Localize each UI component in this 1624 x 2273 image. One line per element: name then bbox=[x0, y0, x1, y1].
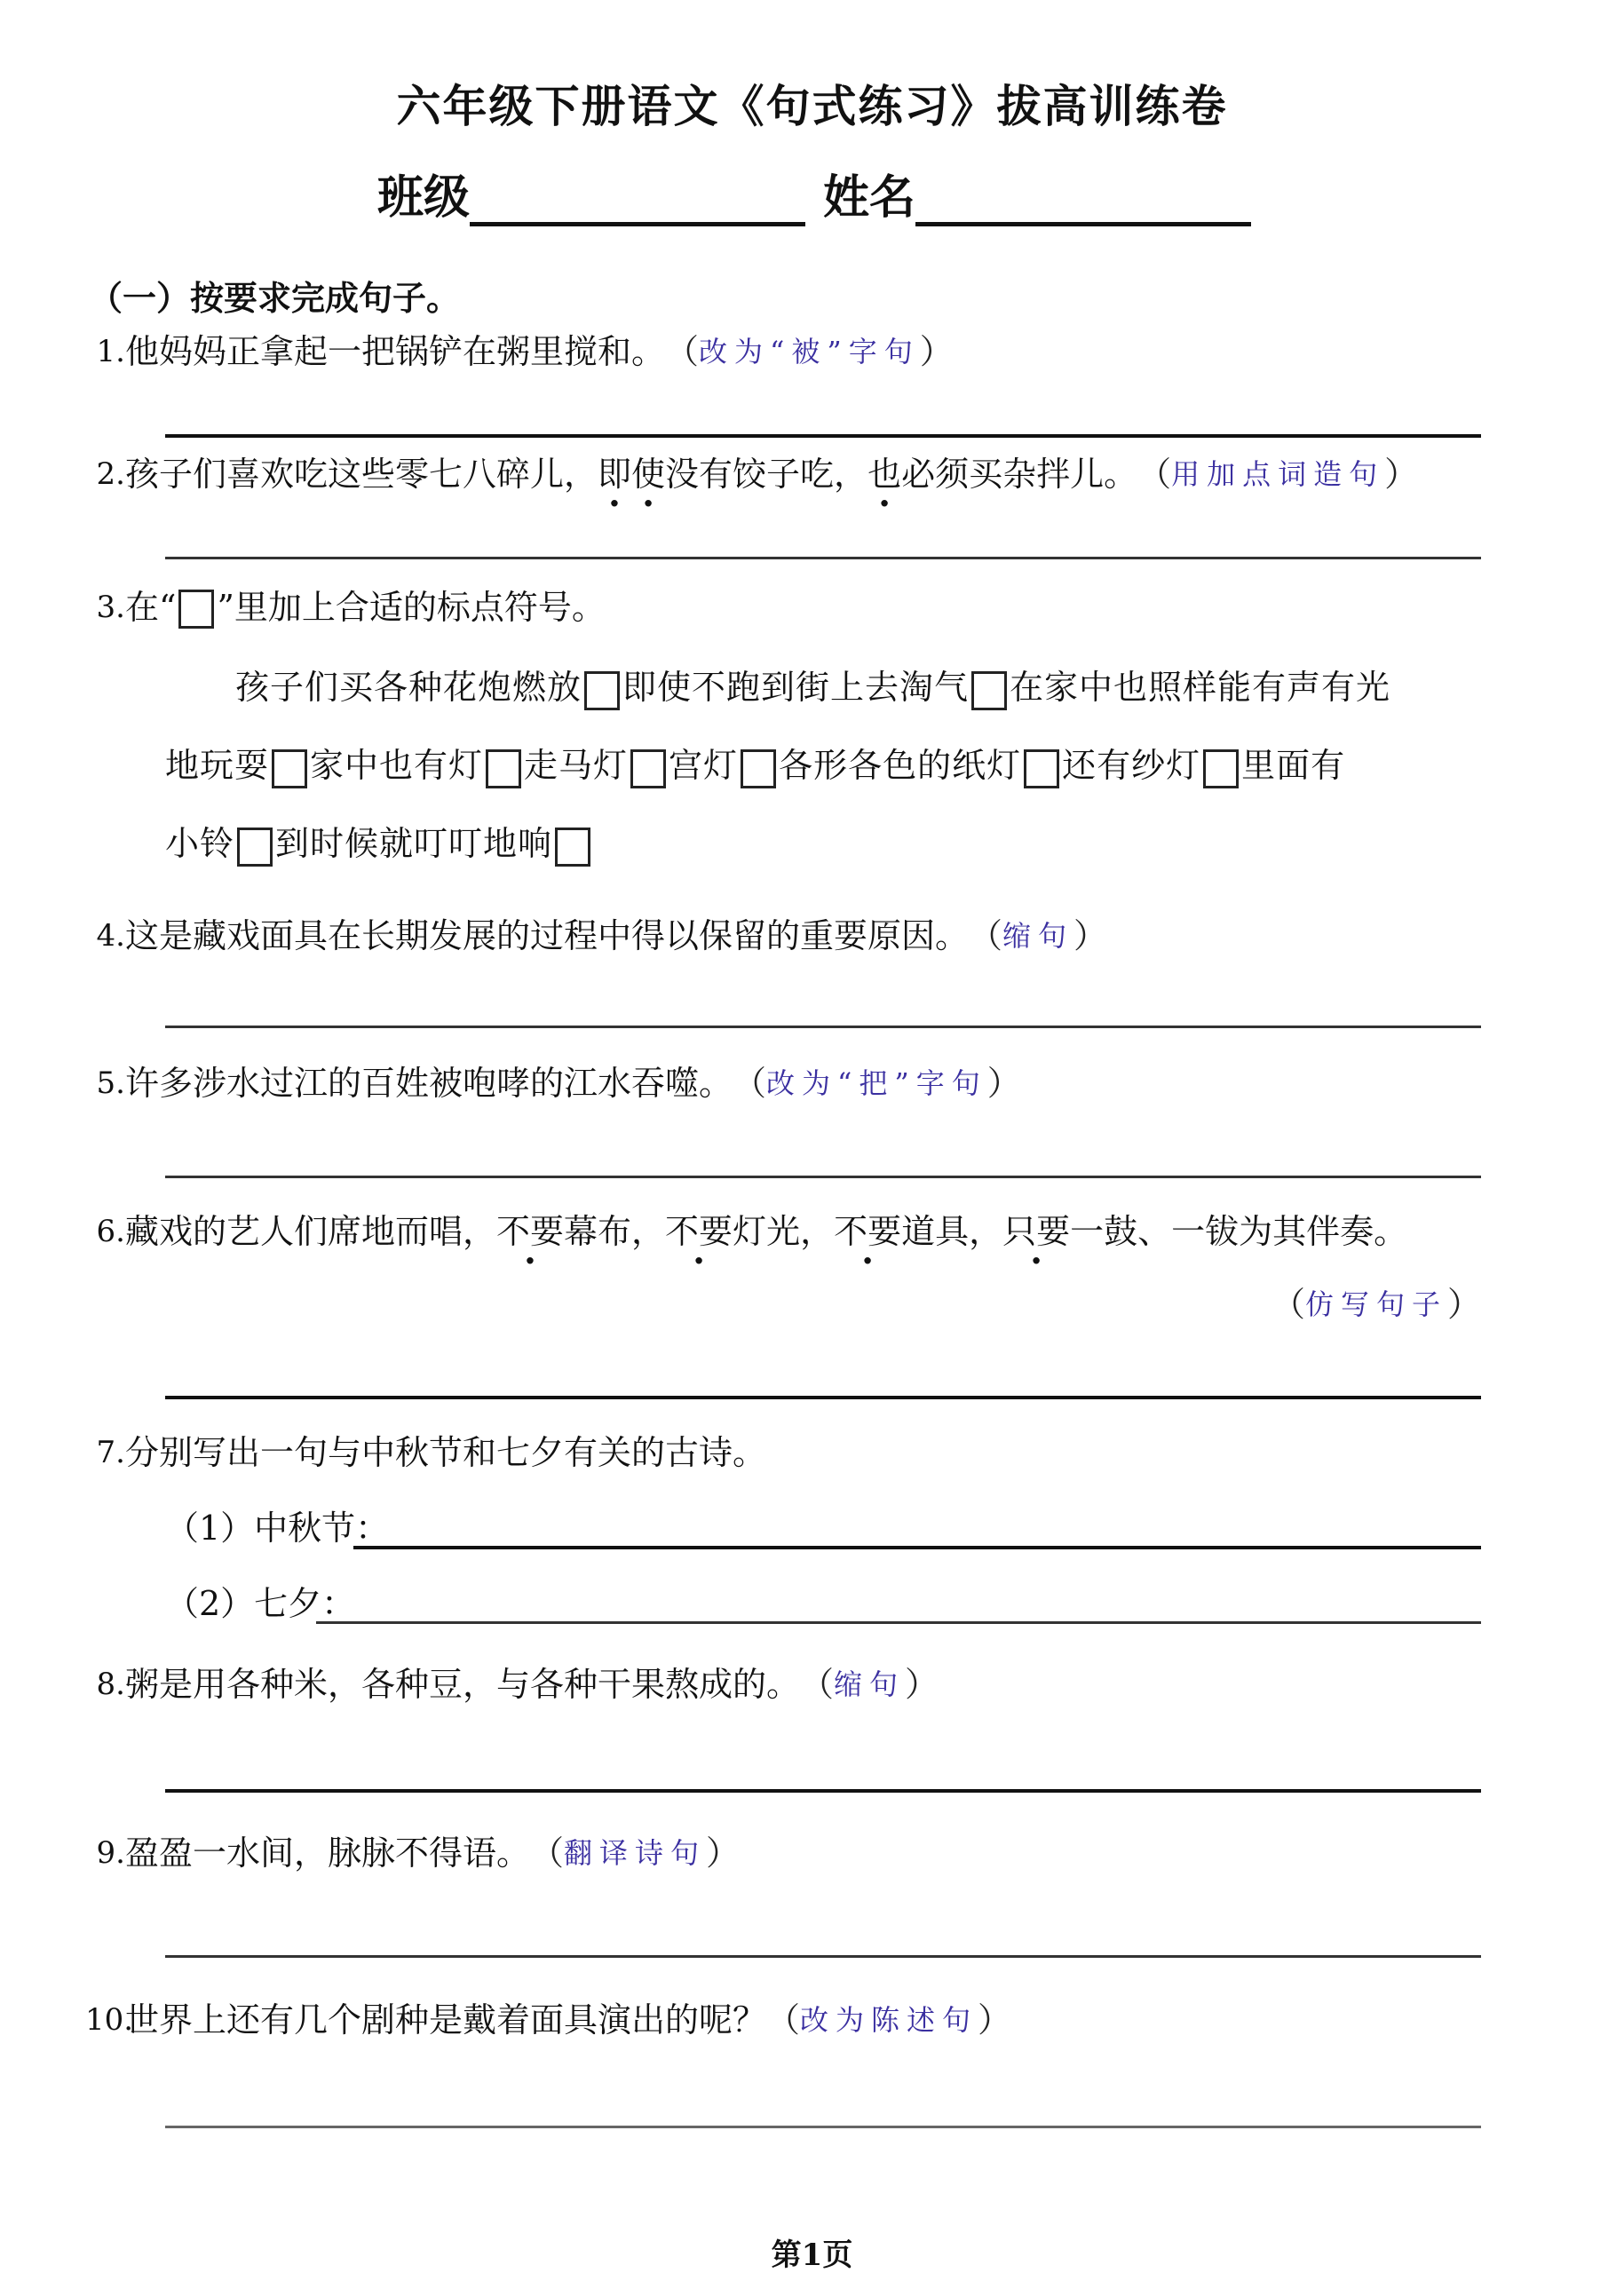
punctuation-box[interactable] bbox=[486, 749, 521, 788]
answer-line-2[interactable] bbox=[165, 557, 1481, 559]
punctuation-box[interactable] bbox=[237, 828, 273, 867]
question-text: 盈盈一水间，脉脉不得语。 bbox=[125, 1832, 530, 1874]
question-text: 他妈妈正拿起一把锅铲在粥里搅和。 bbox=[125, 330, 665, 373]
answer-line-8[interactable] bbox=[165, 1789, 1481, 1793]
question-7-sub-1: （1）中秋节： bbox=[165, 1507, 389, 1549]
punctuation-box[interactable] bbox=[584, 671, 620, 710]
question-8: 8. 粥是用各种米，各种豆，与各种干果熬成的。 （ 缩句 ） bbox=[85, 1663, 939, 1706]
question-9: 9. 盈盈一水间，脉脉不得语。 （ 翻译诗句 ） bbox=[85, 1832, 740, 1874]
class-label: 班级 bbox=[377, 160, 470, 226]
punctuation-box[interactable] bbox=[272, 749, 307, 788]
student-info-row: 班级 姓名 bbox=[377, 160, 1251, 226]
class-field[interactable] bbox=[470, 176, 805, 226]
question-10: 10. 世界上还有几个剧种是戴着面具演出的呢？ （ 改为陈述句 ） bbox=[85, 1999, 1011, 2041]
punctuation-box[interactable] bbox=[741, 749, 776, 788]
name-field[interactable] bbox=[915, 176, 1251, 226]
punctuation-box[interactable] bbox=[971, 671, 1007, 710]
question-hint: 改为“被”字句 bbox=[699, 330, 920, 373]
page-title: 六年级下册语文《句式练习》拔高训练卷 bbox=[0, 71, 1624, 135]
question-number: 3. bbox=[85, 586, 125, 629]
question-hint: 改为陈述句 bbox=[800, 1999, 978, 2041]
question-1: 1. 他妈妈正拿起一把锅铲在粥里搅和。 （ 改为“被”字句 ） bbox=[85, 330, 954, 373]
question-5: 5. 许多涉水过江的百姓被咆哮的江水吞噬。 （ 改为“把”字句 ） bbox=[85, 1062, 1021, 1105]
page-number: 第1页 bbox=[0, 2230, 1624, 2273]
question-text: 许多涉水过江的百姓被咆哮的江水吞噬。 bbox=[125, 1062, 733, 1105]
question-number: 8. bbox=[85, 1663, 125, 1706]
section-header: （一）按要求完成句子。 bbox=[89, 271, 460, 320]
answer-line-5[interactable] bbox=[165, 1176, 1481, 1178]
punctuation-box[interactable] bbox=[630, 749, 666, 788]
emphasized-word: 不要 bbox=[665, 1210, 733, 1253]
question-7-sub-2: （2）七夕： bbox=[165, 1582, 355, 1625]
question-hint: 仿写句子 bbox=[1305, 1283, 1447, 1326]
answer-line-9[interactable] bbox=[165, 1955, 1481, 1958]
answer-line-10[interactable] bbox=[165, 2126, 1481, 2128]
punctuation-box-example bbox=[178, 590, 214, 629]
question-text: 这是藏戏面具在长期发展的过程中得以保留的重要原因。 bbox=[125, 915, 969, 957]
punctuation-box[interactable] bbox=[1024, 749, 1059, 788]
question-number: 10. bbox=[85, 1999, 125, 2041]
question-text: 孩子们喜欢吃这些零七八碎儿， bbox=[125, 453, 598, 495]
question-4: 4. 这是藏戏面具在长期发展的过程中得以保留的重要原因。 （ 缩句 ） bbox=[85, 915, 1107, 957]
emphasized-word: 只要 bbox=[1002, 1210, 1070, 1253]
name-label: 姓名 bbox=[823, 160, 915, 226]
question-text: 粥是用各种米，各种豆，与各种干果熬成的。 bbox=[125, 1663, 800, 1706]
question-hint: 缩句 bbox=[1002, 915, 1073, 957]
question-text: 必须买杂拌儿。 bbox=[901, 453, 1137, 495]
punctuation-box[interactable] bbox=[555, 828, 590, 867]
passage-line-2: 地玩耍家中也有灯走马灯宫灯各形各色的纸灯还有纱灯里面有 bbox=[165, 744, 1345, 788]
emphasized-word: 也 bbox=[867, 453, 901, 495]
question-number: 6. bbox=[85, 1210, 125, 1253]
answer-line-4[interactable] bbox=[165, 1026, 1481, 1028]
question-number: 5. bbox=[85, 1062, 125, 1105]
question-hint: 用加点词造句 bbox=[1171, 453, 1384, 495]
question-hint: 缩句 bbox=[834, 1663, 905, 1706]
question-hint: 翻译诗句 bbox=[564, 1832, 706, 1874]
passage-line-1: 孩子们买各种花炮燃放即使不跑到街上去淘气在家中也照样能有声有光 bbox=[235, 666, 1390, 710]
question-text: 分别写出一句与中秋节和七夕有关的古诗。 bbox=[125, 1431, 766, 1474]
question-text: 世界上还有几个剧种是戴着面具演出的呢？ bbox=[125, 1999, 766, 2041]
question-number: 9. bbox=[85, 1832, 125, 1874]
punctuation-box[interactable] bbox=[1203, 749, 1239, 788]
question-hint: 改为“把”字句 bbox=[766, 1062, 987, 1105]
emphasized-word: 不要 bbox=[834, 1210, 901, 1253]
question-text: 没有饺子吃， bbox=[665, 453, 867, 495]
question-3: 3. 在“ ”里加上合适的标点符号。 bbox=[85, 586, 606, 629]
question-7: 7. 分别写出一句与中秋节和七夕有关的古诗。 bbox=[85, 1431, 766, 1474]
emphasized-word: 即 bbox=[598, 453, 631, 495]
question-number: 4. bbox=[85, 915, 125, 957]
question-6: 6. 藏戏的艺人们席地而唱， 不要 幕布， 不要 灯光， 不要 道具， 只要 一… bbox=[85, 1210, 1407, 1253]
question-number: 2. bbox=[85, 453, 125, 495]
question-number: 1. bbox=[85, 330, 125, 373]
answer-line-7-2[interactable] bbox=[316, 1621, 1481, 1624]
question-2: 2. 孩子们喜欢吃这些零七八碎儿， 即 使 没有饺子吃， 也 必须买杂拌儿。 （… bbox=[85, 453, 1418, 495]
passage-line-3: 小铃到时候就叮叮地响 bbox=[165, 822, 593, 867]
answer-line-1[interactable] bbox=[165, 434, 1481, 438]
emphasized-word: 不要 bbox=[496, 1210, 564, 1253]
question-6-hint: （ 仿写句子 ） bbox=[1271, 1283, 1481, 1326]
emphasized-word: 使 bbox=[631, 453, 665, 495]
answer-line-6[interactable] bbox=[165, 1396, 1481, 1399]
answer-line-7-1[interactable] bbox=[353, 1546, 1481, 1549]
question-number: 7. bbox=[85, 1431, 125, 1474]
